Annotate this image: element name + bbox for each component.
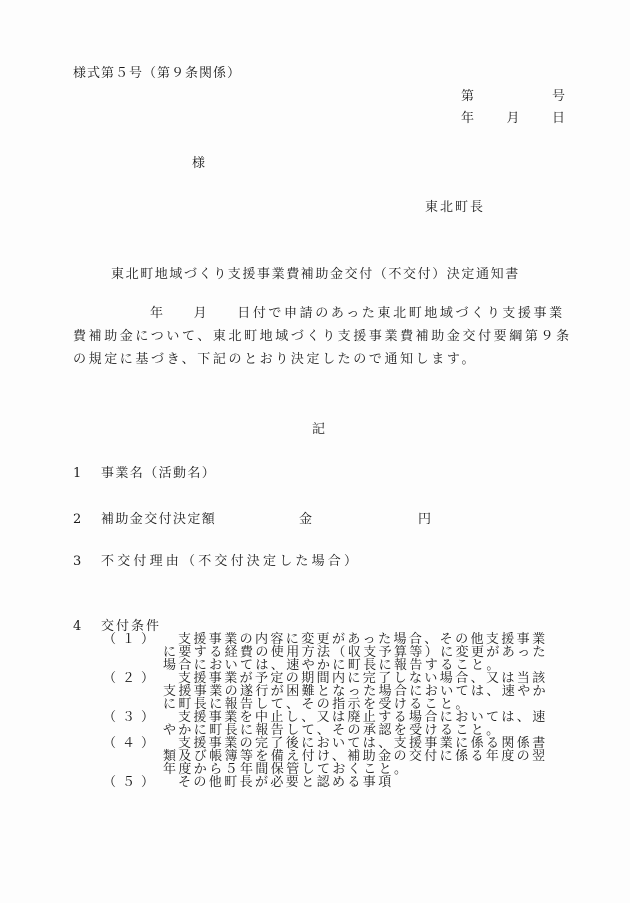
- document-date: 年 月 日: [461, 111, 565, 127]
- item-label: 事業名（活動名）: [101, 466, 216, 481]
- body-line-1-text: 日付で申請のあった東北町地域づくり支援事業: [237, 306, 564, 321]
- document-title: 東北町地域づくり支援事業費補助金交付（不交付）決定通知書: [111, 267, 520, 283]
- item-grant-conditions: 4交付条件 （１）支援事業の内容に変更があった場合、その他支援事業 に要する経費…: [73, 620, 548, 789]
- document-number: 第 号: [461, 89, 565, 105]
- sender-name: 東北町長: [425, 200, 485, 216]
- body-year: 年: [150, 306, 166, 321]
- condition-label: （５）: [73, 776, 163, 789]
- date-day: 日: [552, 111, 565, 127]
- body-month: 月: [194, 306, 210, 321]
- item-non-grant-reason: 3不交付理由（不交付決定した場合）: [73, 554, 360, 570]
- item-label: 補助金交付決定額: [101, 512, 216, 527]
- item-number: 4: [73, 620, 101, 633]
- item-business-name: 1事業名（活動名）: [73, 466, 216, 482]
- document-page: 様式第５号（第９条関係） 第 号 年 月 日 様 東北町長 東北町地域づくり支援…: [0, 0, 630, 903]
- condition-5-line-1: （５）その他町長が必要と認める事項: [73, 776, 548, 789]
- body-line-2: 費補助金について、東北町地域づくり支援事業費補助金交付要綱第９条: [73, 325, 569, 348]
- amount-suffix: 円: [418, 512, 432, 528]
- item-number: 1: [73, 466, 101, 482]
- amount-prefix: 金: [299, 512, 313, 528]
- item-grant-amount: 2補助金交付決定額 金 円: [73, 512, 493, 528]
- ki-heading: 記: [312, 422, 325, 438]
- condition-label: （２）: [73, 672, 163, 685]
- item-number: 3: [73, 554, 101, 570]
- conditions-list: （１）支援事業の内容に変更があった場合、その他支援事業 に要する経費の使用方法（…: [73, 633, 548, 789]
- body-line-3: の規定に基づき、下記のとおり決定したので通知します。: [73, 348, 569, 371]
- doc-number-prefix: 第: [461, 89, 474, 105]
- recipient-suffix: 様: [192, 156, 205, 172]
- item-label: 不交付理由（不交付決定した場合）: [101, 554, 360, 569]
- doc-number-suffix: 号: [552, 89, 565, 105]
- date-year: 年: [461, 111, 474, 127]
- date-month: 月: [506, 111, 519, 127]
- form-label: 様式第５号（第９条関係）: [73, 66, 241, 82]
- item-number: 2: [73, 512, 101, 528]
- condition-label: （３）: [73, 711, 163, 724]
- body-line-1: 年月日付で申請のあった東北町地域づくり支援事業: [73, 302, 569, 325]
- body-paragraph: 年月日付で申請のあった東北町地域づくり支援事業 費補助金について、東北町地域づく…: [73, 302, 569, 371]
- condition-label: （１）: [73, 633, 163, 646]
- condition-label: （４）: [73, 737, 163, 750]
